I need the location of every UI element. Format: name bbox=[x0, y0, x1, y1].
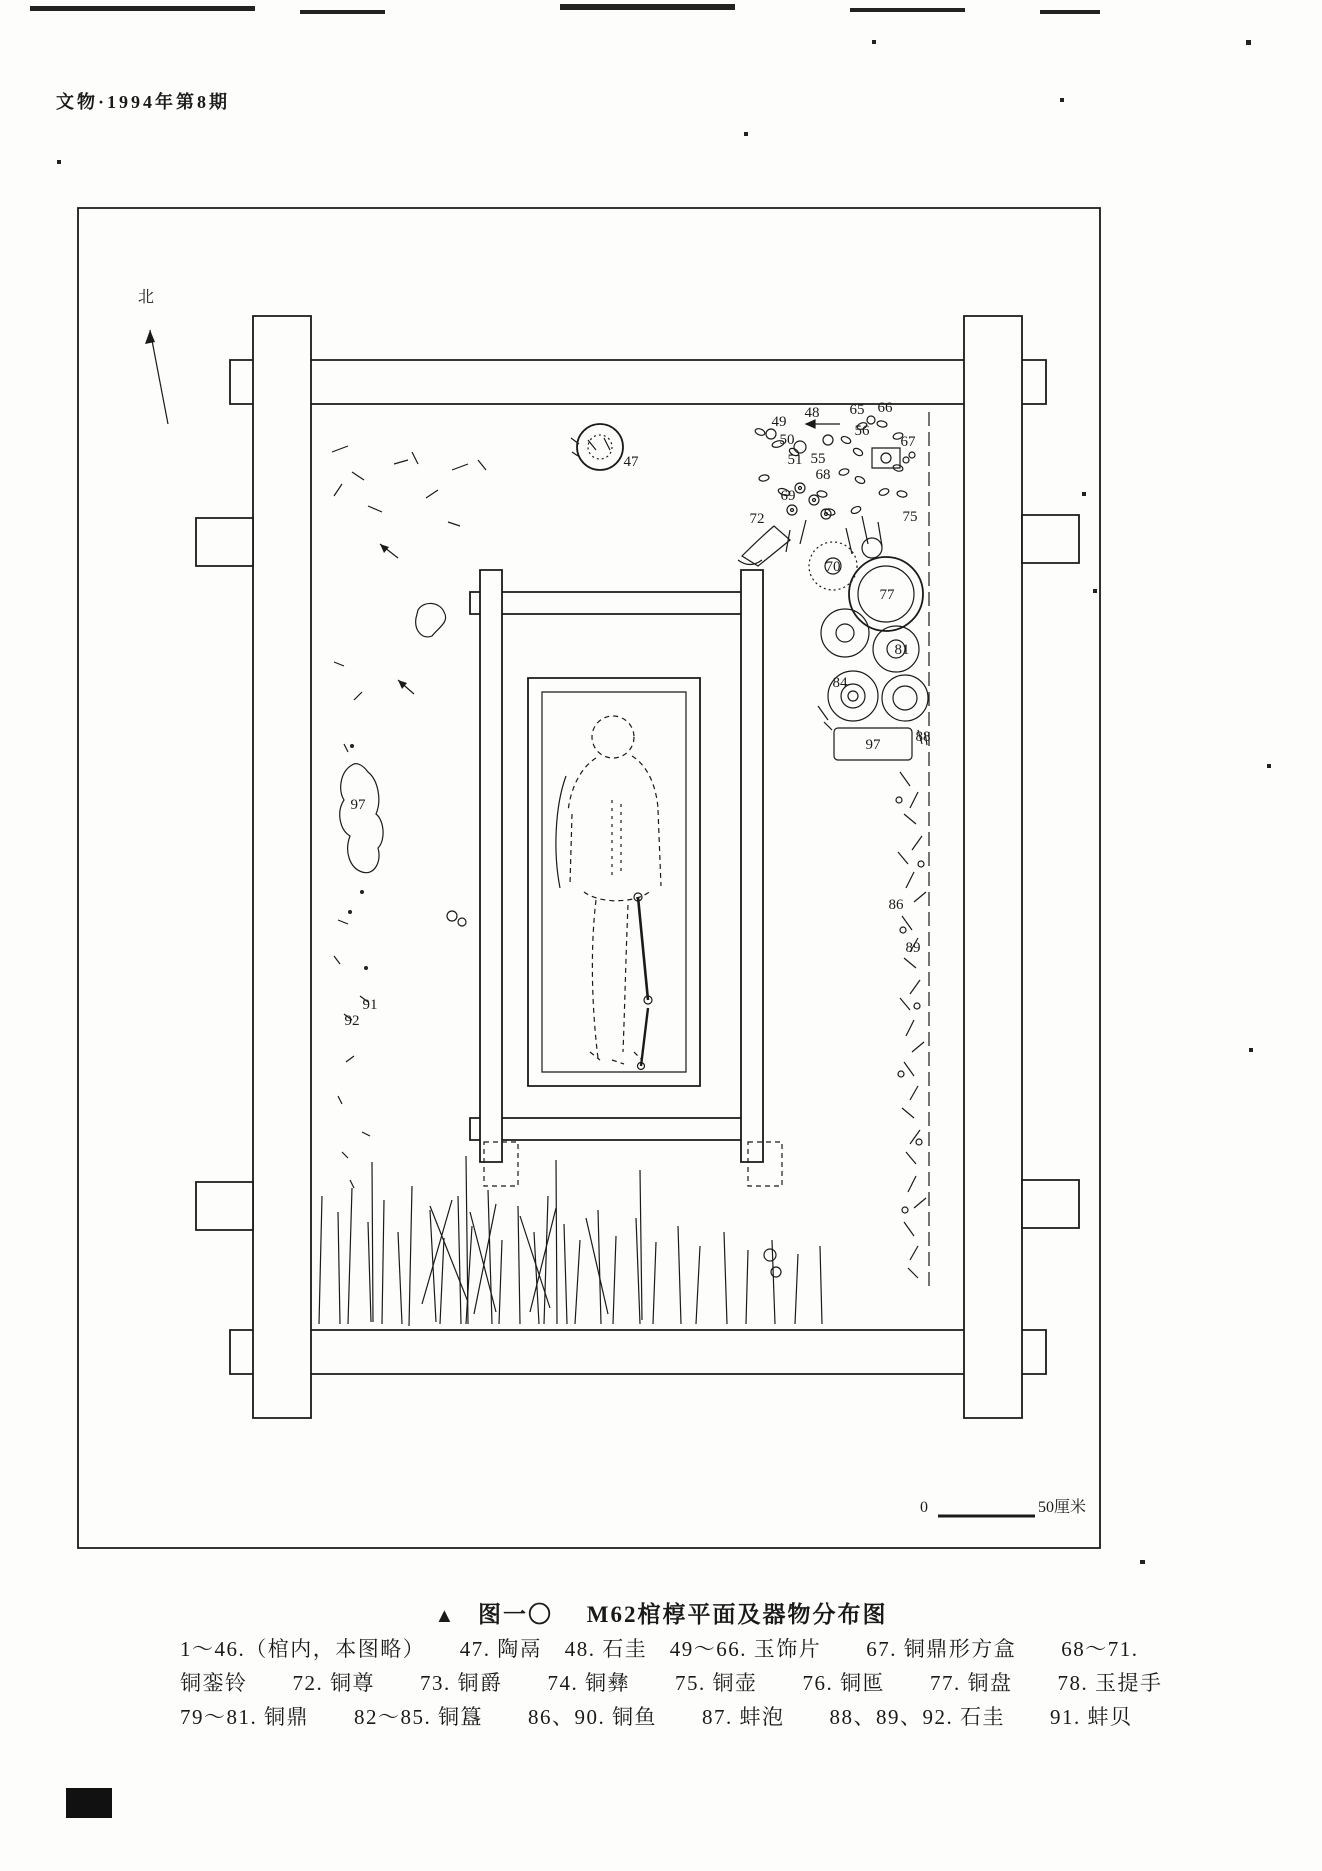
chamber-walls bbox=[230, 316, 1046, 1418]
page-number-block bbox=[66, 1788, 112, 1818]
left-scatter bbox=[332, 446, 486, 1188]
item-number-label: 97 bbox=[866, 737, 882, 753]
item-number-label: 75 bbox=[903, 509, 918, 525]
item-number-label: 50 bbox=[780, 432, 795, 448]
item-number-label: 67 bbox=[901, 434, 917, 450]
scale-zero: 0 bbox=[920, 1499, 928, 1516]
item-number-label: 69 bbox=[781, 488, 796, 504]
item-number-label: 49 bbox=[772, 414, 787, 430]
item-number-label: 92 bbox=[345, 1013, 360, 1029]
tomb-plan-figure: 北 bbox=[0, 0, 1322, 1871]
item-number-label: 56 bbox=[855, 423, 871, 439]
item-number-label: 89 bbox=[906, 940, 921, 956]
item-number-label: 70 bbox=[826, 559, 841, 575]
outer-coffin bbox=[470, 570, 782, 1186]
item-number-label: 48 bbox=[805, 405, 820, 421]
item-number-label: 72 bbox=[750, 511, 765, 527]
north-arrow: 北 bbox=[138, 288, 168, 424]
item-number-label: 86 bbox=[889, 897, 905, 913]
item-number-label: 77 bbox=[880, 587, 896, 603]
fish-ornament-column bbox=[764, 772, 926, 1278]
legend-line-1: 1～46.（棺内，本图略） 47. 陶鬲 48. 石圭 49～66. 玉饰片 6… bbox=[180, 1632, 1190, 1666]
item-number-label: 97 bbox=[351, 797, 367, 813]
scale-bar: 0 50厘米 bbox=[920, 1498, 1086, 1516]
figure-title: M62棺椁平面及器物分布图 bbox=[587, 1602, 888, 1627]
jade-pieces-cluster bbox=[754, 416, 907, 554]
stone-97-outline bbox=[340, 764, 383, 873]
vessel-72-trumpet bbox=[742, 526, 790, 566]
inner-coffin bbox=[528, 678, 700, 1086]
item-number-label: 84 bbox=[833, 675, 849, 691]
grass-hatching bbox=[319, 1156, 822, 1326]
caption-triangle-marker: ▲ bbox=[434, 1605, 456, 1627]
vessel-47 bbox=[571, 424, 623, 470]
journal-page: 文物·1994年第8期 北 bbox=[0, 0, 1322, 1871]
item-number-label: 68 bbox=[816, 467, 831, 483]
item-number-label: 91 bbox=[363, 997, 378, 1013]
north-label: 北 bbox=[138, 288, 154, 306]
legend-line-2: 铜銮铃 72. 铜尊 73. 铜爵 74. 铜彝 75. 铜壶 76. 铜匜 7… bbox=[180, 1666, 1190, 1700]
figure-caption: ▲ 图一〇 M62棺椁平面及器物分布图 bbox=[0, 1596, 1322, 1629]
item-number-label: 88 bbox=[916, 729, 931, 745]
box-67 bbox=[872, 448, 915, 468]
item-number-label: 47 bbox=[624, 454, 640, 470]
item-number-label: 55 bbox=[811, 451, 826, 467]
scale-length-label: 50厘米 bbox=[1038, 1498, 1086, 1516]
item-number-label: 81 bbox=[895, 642, 910, 658]
legend-line-3: 79～81. 铜鼎 82～85. 铜簋 86、90. 铜鱼 87. 蚌泡 88、… bbox=[180, 1700, 1190, 1734]
bronze-circle-vessels bbox=[738, 526, 928, 730]
item-number-label: 51 bbox=[788, 452, 803, 468]
item-number-label: 66 bbox=[878, 400, 894, 416]
human-remains bbox=[556, 716, 661, 1070]
box-97 bbox=[834, 728, 927, 760]
figure-legend: 1～46.（棺内，本图略） 47. 陶鬲 48. 石圭 49～66. 玉饰片 6… bbox=[180, 1632, 1190, 1734]
item-number-label: 65 bbox=[850, 402, 865, 418]
figure-number: 图一〇 bbox=[478, 1602, 553, 1627]
